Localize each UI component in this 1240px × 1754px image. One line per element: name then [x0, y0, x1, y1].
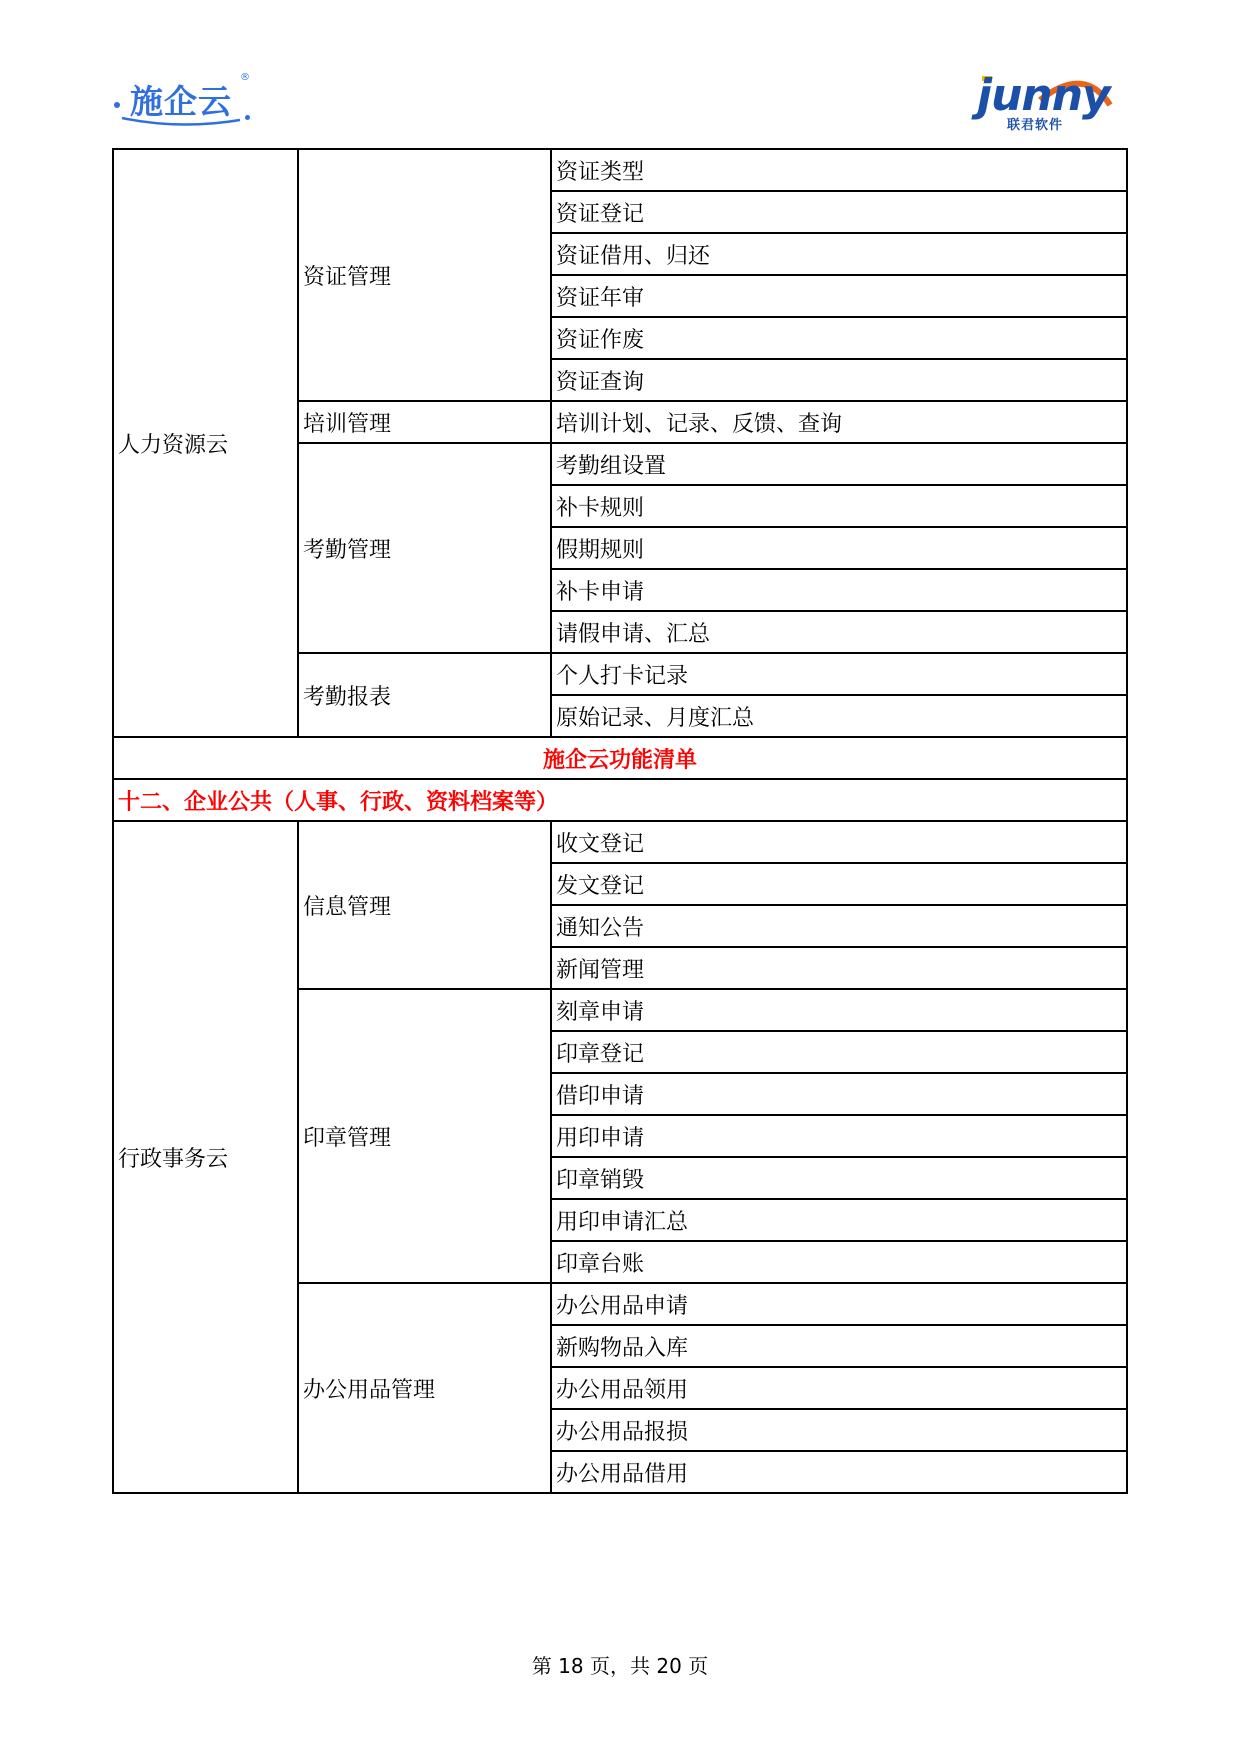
section-row: 十二、企业公共（人事、行政、资料档案等）	[113, 779, 1127, 821]
module-cell: 培训管理	[298, 401, 551, 443]
feature-cell: 通知公告	[551, 905, 1127, 947]
feature-cell: 培训计划、记录、反馈、查询	[551, 401, 1127, 443]
feature-table: 人力资源云 资证管理 资证类型 资证登记 资证借用、归还 资证年审 资证作废 资…	[112, 148, 1128, 1494]
feature-cell: 资证年审	[551, 275, 1127, 317]
feature-cell: 收文登记	[551, 821, 1127, 863]
feature-cell: 新闻管理	[551, 947, 1127, 989]
module-cell: 印章管理	[298, 989, 551, 1283]
feature-cell: 办公用品借用	[551, 1451, 1127, 1493]
feature-cell: 资证登记	[551, 191, 1127, 233]
module-cell: 办公用品管理	[298, 1283, 551, 1493]
feature-cell: 办公用品领用	[551, 1367, 1127, 1409]
feature-cell: 补卡规则	[551, 485, 1127, 527]
feature-cell: 资证类型	[551, 149, 1127, 191]
logo-swoosh-icon	[120, 116, 244, 128]
module-cell: 考勤管理	[298, 443, 551, 653]
table-row: 行政事务云 信息管理 收文登记	[113, 821, 1127, 863]
feature-cell: 个人打卡记录	[551, 653, 1127, 695]
page-number: 第 18 页，共 20 页	[0, 1650, 1240, 1679]
category-cell: 行政事务云	[113, 821, 298, 1493]
junny-logo-subtitle: 联君软件	[1007, 114, 1063, 133]
feature-cell: 办公用品申请	[551, 1283, 1127, 1325]
feature-cell: 新购物品入库	[551, 1325, 1127, 1367]
logo-dot	[245, 115, 250, 120]
feature-cell: 资证作废	[551, 317, 1127, 359]
feature-cell: 办公用品报损	[551, 1409, 1127, 1451]
category-cell: 人力资源云	[113, 149, 298, 737]
feature-cell: 原始记录、月度汇总	[551, 695, 1127, 737]
feature-cell: 资证借用、归还	[551, 233, 1127, 275]
feature-cell: 用印申请	[551, 1115, 1127, 1157]
feature-cell: 资证查询	[551, 359, 1127, 401]
feature-cell: 假期规则	[551, 527, 1127, 569]
feature-cell: 考勤组设置	[551, 443, 1127, 485]
feature-cell: 刻章申请	[551, 989, 1127, 1031]
feature-cell: 印章台账	[551, 1241, 1127, 1283]
feature-cell: 印章销毁	[551, 1157, 1127, 1199]
module-cell: 资证管理	[298, 149, 551, 401]
module-cell: 考勤报表	[298, 653, 551, 737]
feature-cell: 请假申请、汇总	[551, 611, 1127, 653]
table-row: 人力资源云 资证管理 资证类型	[113, 149, 1127, 191]
module-cell: 信息管理	[298, 821, 551, 989]
junny-logo: junny 联君软件	[975, 70, 1145, 132]
table-title: 施企云功能清单	[113, 737, 1127, 779]
feature-cell: 印章登记	[551, 1031, 1127, 1073]
feature-cell: 用印申请汇总	[551, 1199, 1127, 1241]
feature-cell: 借印申请	[551, 1073, 1127, 1115]
feature-cell: 发文登记	[551, 863, 1127, 905]
registered-mark-icon: ®	[240, 72, 250, 83]
feature-cell: 补卡申请	[551, 569, 1127, 611]
logo-dot	[114, 102, 120, 108]
title-row: 施企云功能清单	[113, 737, 1127, 779]
shiqiyun-logo: 施企云 ®	[108, 70, 258, 132]
section-heading: 十二、企业公共（人事、行政、资料档案等）	[113, 779, 1127, 821]
